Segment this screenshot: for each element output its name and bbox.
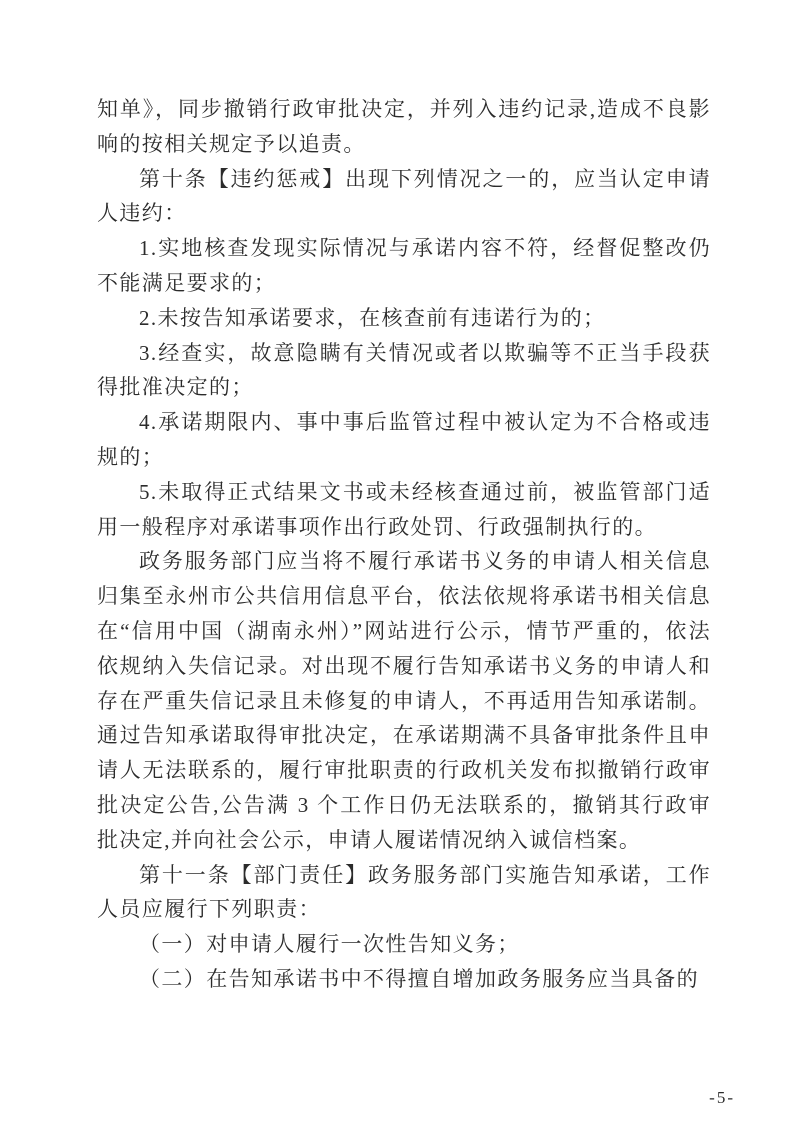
paragraph-item-2: 2.未按告知承诺要求，在核查前有违诺行为的； — [97, 301, 711, 336]
paragraph-article-11: 第十一条【部门责任】政务服务部门实施告知承诺，工作人员应履行下列职责： — [97, 858, 711, 928]
page-number: -5- — [709, 1088, 735, 1108]
paragraph-credit-platform: 政务服务部门应当将不履行承诺书义务的申请人相关信息归集至永州市公共信用信息平台，… — [97, 544, 711, 857]
paragraph-item-3: 3.经查实，故意隐瞒有关情况或者以欺骗等不正当手段获得批准决定的； — [97, 336, 711, 406]
paragraph-duty-1: （一）对申请人履行一次性告知义务； — [97, 927, 711, 962]
document-content: 知单》，同步撤销行政审批决定，并列入违约记录,造成不良影响的按相关规定予以追责。… — [97, 92, 711, 997]
paragraph: 知单》，同步撤销行政审批决定，并列入违约记录,造成不良影响的按相关规定予以追责。 — [97, 92, 711, 162]
document-page: 知单》，同步撤销行政审批决定，并列入违约记录,造成不良影响的按相关规定予以追责。… — [0, 0, 793, 1122]
paragraph-item-1: 1.实地核查发现实际情况与承诺内容不符，经督促整改仍不能满足要求的； — [97, 231, 711, 301]
paragraph-duty-2: （二）在告知承诺书中不得擅自增加政务服务应当具备的 — [97, 962, 711, 997]
paragraph-item-4: 4.承诺期限内、事中事后监管过程中被认定为不合格或违规的； — [97, 405, 711, 475]
paragraph-item-5: 5.未取得正式结果文书或未经核查通过前，被监管部门适用一般程序对承诺事项作出行政… — [97, 475, 711, 545]
paragraph-article-10: 第十条【违约惩戒】出现下列情况之一的，应当认定申请人违约： — [97, 162, 711, 232]
